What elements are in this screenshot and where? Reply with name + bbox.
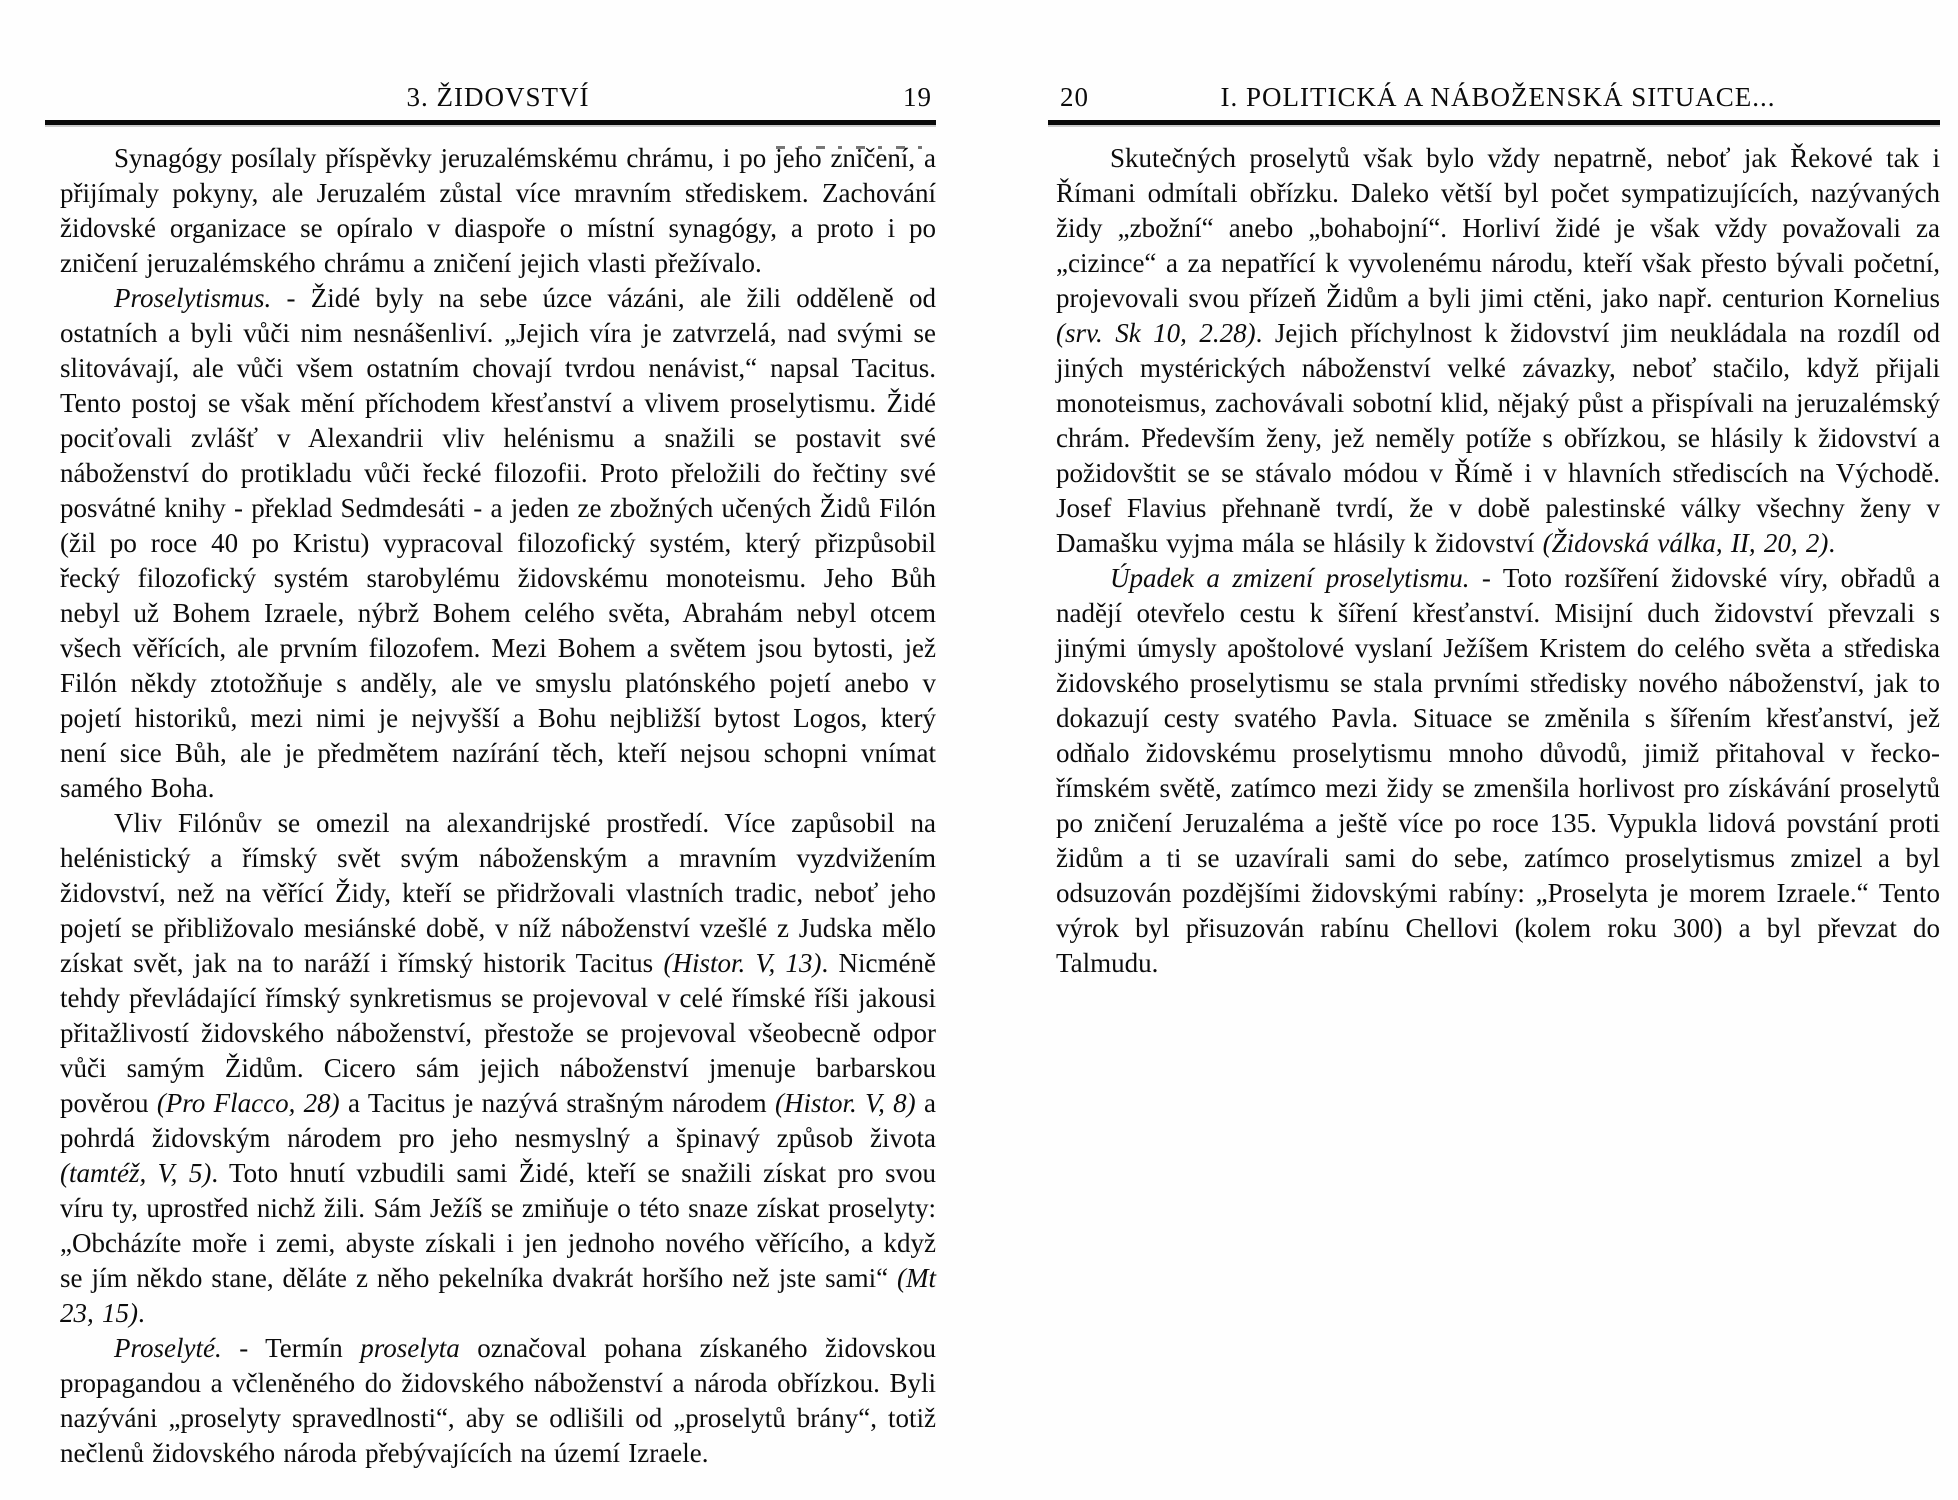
paragraph: Proselytismus. - Židé byly na sebe úzce … [60, 281, 936, 806]
running-title-right: I. POLITICKÁ A NÁBOŽENSKÁ SITUACE... [1056, 82, 1940, 113]
page-left-header: 3. ŽIDOVSTVÍ 19 [60, 82, 936, 116]
paragraph: Skutečných proselytů však bylo vždy nepa… [1056, 141, 1940, 561]
text-run: Skutečných proselytů však bylo vždy nepa… [1056, 143, 1940, 313]
text-run: - Židé byly na sebe úzce vázáni, ale žil… [60, 283, 936, 803]
text-run-italic: Proselytismus. [114, 283, 271, 313]
paragraph: Synagógy posílaly příspěvky jeruzalémské… [60, 141, 936, 281]
text-run: . Jejich příchylnost k židovství jim neu… [1056, 318, 1940, 558]
text-run-italic: (tamtéž, V, 5) [60, 1158, 211, 1188]
paragraph: Vliv Filónův se omezil na alexandrijské … [60, 806, 936, 1331]
header-rule-left [45, 120, 936, 125]
scan-artifact-dashes [776, 146, 926, 149]
book-spread: 3. ŽIDOVSTVÍ 19 Synagógy posílaly příspě… [0, 0, 1958, 1500]
page-left-body: Synagógy posílaly příspěvky jeruzalémské… [60, 141, 936, 1471]
text-run-italic: (srv. Sk 10, 2.28) [1056, 318, 1256, 348]
text-run-italic: (Histor. V, 8) [775, 1088, 916, 1118]
page-right-body: Skutečných proselytů však bylo vždy nepa… [1056, 141, 1940, 981]
text-run: - Toto rozšíření židovské víry, obřadů a… [1056, 563, 1940, 978]
text-run-italic: Úpadek a zmizení proselytismu. [1110, 563, 1470, 593]
running-title-left: 3. ŽIDOVSTVÍ [60, 82, 936, 113]
paragraph: Úpadek a zmizení proselytismu. - Toto ro… [1056, 561, 1940, 981]
text-run: a Tacitus je nazývá strašným národem [340, 1088, 775, 1118]
text-run: . [138, 1298, 145, 1328]
text-run: - Termín [222, 1333, 361, 1363]
header-rule-right [1048, 120, 1940, 125]
text-run-italic: (Histor. V, 13) [663, 948, 821, 978]
text-run-italic: proselyta [360, 1333, 459, 1363]
page-number-right: 20 [1060, 82, 1089, 113]
paragraph: Proselyté. - Termín proselyta označoval … [60, 1331, 936, 1471]
page-number-left: 19 [903, 82, 932, 113]
page-right: 20 I. POLITICKÁ A NÁBOŽENSKÁ SITUACE... … [1056, 0, 1940, 981]
text-run-italic: Proselyté. [114, 1333, 222, 1363]
text-run-italic: (Židovská válka, II, 20, 2) [1543, 528, 1829, 558]
page-right-header: 20 I. POLITICKÁ A NÁBOŽENSKÁ SITUACE... [1056, 82, 1940, 116]
text-run: Synagógy posílaly příspěvky jeruzalémské… [60, 143, 936, 278]
page-left: 3. ŽIDOVSTVÍ 19 Synagógy posílaly příspě… [60, 0, 936, 1471]
text-run-italic: (Pro Flacco, 28) [157, 1088, 340, 1118]
text-run: . [1828, 528, 1835, 558]
